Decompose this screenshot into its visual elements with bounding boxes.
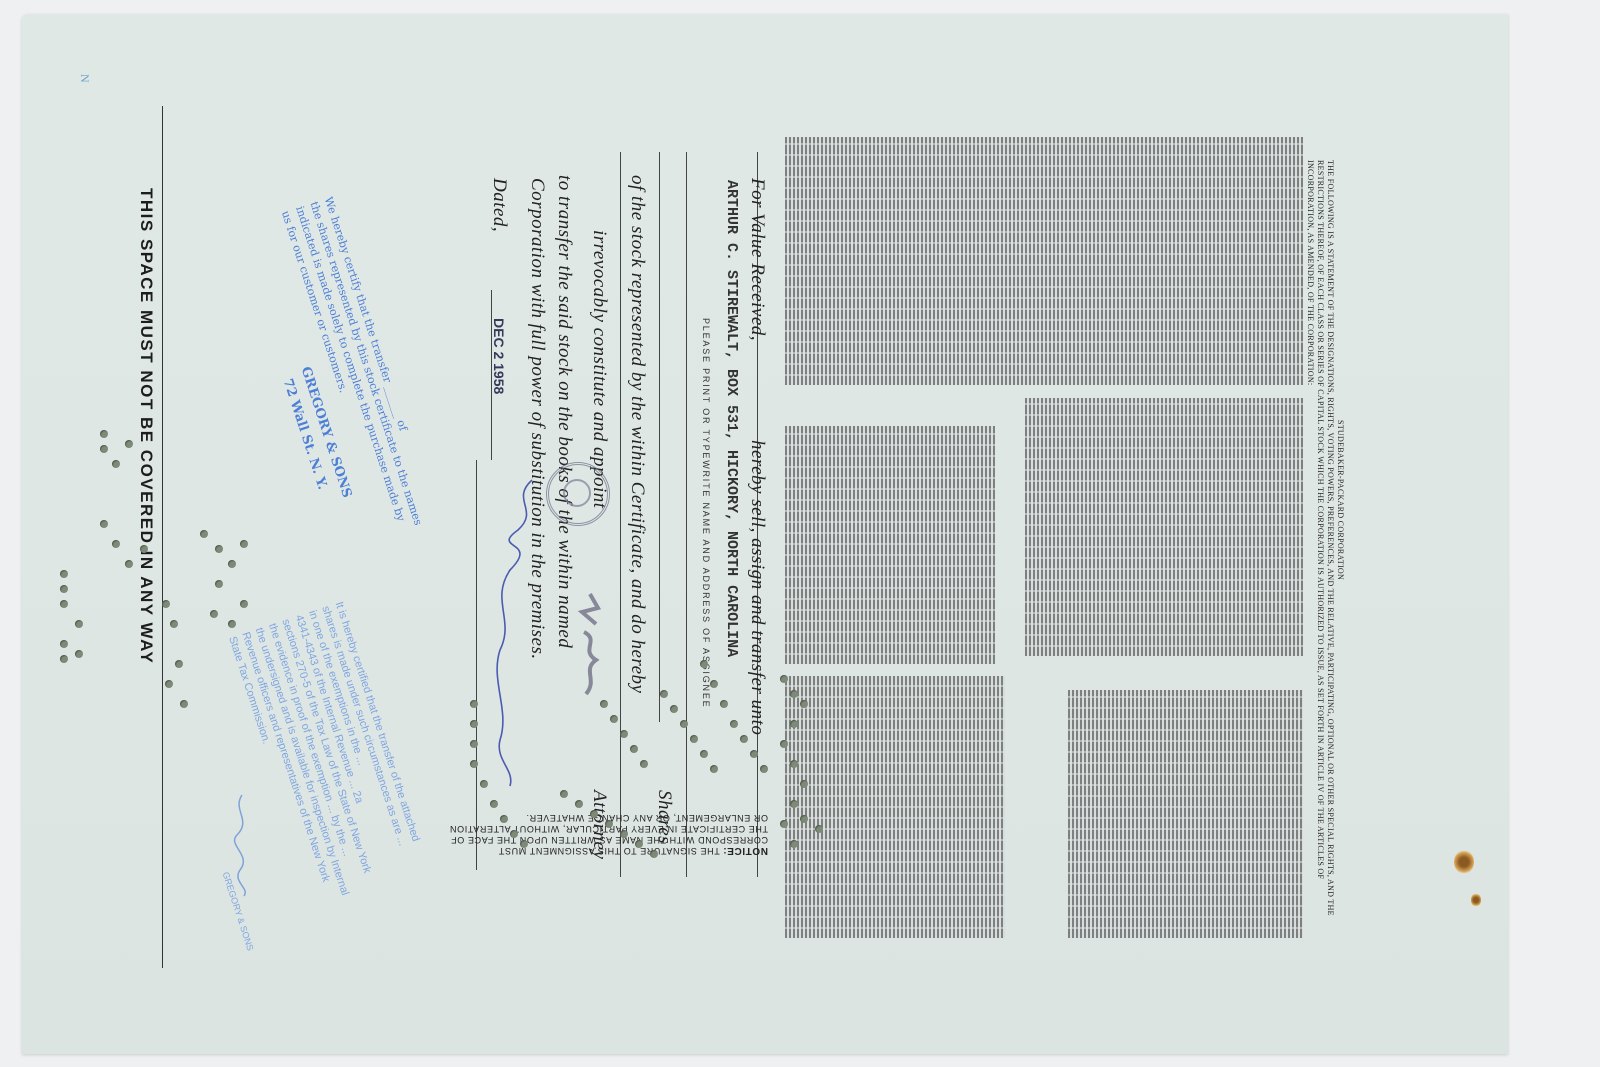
perforation-hole [800, 780, 808, 788]
guarantor-signature [570, 590, 610, 700]
heading-line: INCORPORATION, AS AMENDED, OF THE CORPOR… [1305, 160, 1315, 916]
margin-rule [162, 106, 163, 968]
perforation-hole [740, 735, 748, 743]
perforation-hole [700, 750, 708, 758]
perforation-hole [790, 840, 798, 848]
perforation-hole [780, 820, 788, 828]
perforation-hole [790, 760, 798, 768]
perforation-hole [800, 700, 808, 708]
perforation-hole [620, 730, 628, 738]
perforation-hole [780, 740, 788, 748]
statement-text-block [785, 426, 995, 664]
perforation-hole [790, 690, 798, 698]
perforation-hole [60, 600, 68, 608]
perforation-hole [228, 620, 236, 628]
heading-line: RESTRICTIONS THEREOF, OF EACH CLASS OR S… [1315, 160, 1325, 916]
statement-heading: STUDEBAKER-PACKARD CORPORATION THE FOLLO… [1305, 160, 1345, 916]
form-line [659, 152, 660, 722]
perforation-hole [790, 720, 798, 728]
stock-represented-line: of the stock represented by the within C… [626, 175, 648, 693]
perforation-hole [470, 760, 478, 768]
perforation-hole [510, 830, 518, 838]
date-stamp: DEC 2 1958 [491, 318, 507, 394]
signature-notice: NOTICE: THE SIGNATURE TO THIS ASSIGNMENT… [449, 812, 768, 856]
perforation-hole [112, 460, 120, 468]
perforation-hole [640, 760, 648, 768]
notice-label: NOTICE: [723, 845, 768, 856]
assignor-signature [470, 470, 550, 790]
perforation-hole [710, 680, 718, 688]
form-line [620, 152, 621, 877]
assignee-name-address[interactable]: ARTHUR C. STIREWALT, BOX 531, HICKORY, N… [723, 180, 740, 657]
perforation-hole [240, 540, 248, 548]
perforation-hole [680, 720, 688, 728]
perforation-hole [75, 650, 83, 658]
perforation-hole [200, 530, 208, 538]
perforation-hole [815, 825, 823, 833]
perforation-hole [240, 600, 248, 608]
corner-mark: N [77, 74, 92, 83]
notice-text: THE SIGNATURE TO THIS ASSIGNMENT MUST [498, 846, 719, 856]
perforation-hole [170, 620, 178, 628]
perforation-hole [760, 765, 768, 773]
perforation-hole [175, 660, 183, 668]
statement-text-block [785, 676, 1005, 938]
perforation-hole [470, 740, 478, 748]
perforation-hole [100, 520, 108, 528]
perforation-hole [100, 445, 108, 453]
perforation-hole [215, 580, 223, 588]
perforation-hole [630, 745, 638, 753]
guarantee-seal [546, 462, 610, 526]
perforation-hole [660, 690, 668, 698]
perforation-hole [750, 750, 758, 758]
perforation-hole [670, 705, 678, 713]
statement-text-block [1025, 398, 1303, 656]
perforation-hole [112, 540, 120, 548]
perforation-hole [125, 560, 133, 568]
form-line [686, 152, 687, 877]
perforation-hole [162, 600, 170, 608]
perforation-hole [720, 700, 728, 708]
perforation-hole [780, 675, 788, 683]
perforation-hole [228, 560, 236, 568]
perforation-hole [650, 850, 658, 858]
perforation-hole [590, 810, 598, 818]
perforation-hole [60, 570, 68, 578]
statement-text-block [1068, 690, 1303, 938]
dated-label: Dated, [488, 178, 510, 232]
perforation-hole [490, 800, 498, 808]
rust-stain [1454, 850, 1474, 874]
assignee-caption: PLEASE PRINT OR TYPEWRITE NAME AND ADDRE… [701, 318, 711, 708]
perforation-hole [470, 700, 478, 708]
perforation-hole [730, 720, 738, 728]
broker-signature [222, 790, 262, 900]
perforation-hole [620, 830, 628, 838]
perforation-hole [100, 430, 108, 438]
perforation-hole [600, 700, 608, 708]
perforation-hole [470, 720, 478, 728]
perforation-hole [125, 440, 133, 448]
perforation-hole [60, 655, 68, 663]
perforation-hole [480, 780, 488, 788]
perforation-hole [180, 700, 188, 708]
perforation-hole [215, 545, 223, 553]
perforation-hole [690, 735, 698, 743]
perforation-hole [500, 815, 508, 823]
heading-line: THE FOLLOWING IS A STATEMENT OF THE DESI… [1325, 160, 1335, 916]
perforation-hole [635, 840, 643, 848]
statement-text-block [785, 137, 1303, 385]
for-value-received: For Value Received, [746, 178, 768, 341]
do-not-cover-warning: THIS SPACE MUST NOT BE COVERED IN ANY WA… [136, 188, 156, 664]
perforation-hole [800, 815, 808, 823]
perforation-hole [790, 800, 798, 808]
perforation-hole [75, 620, 83, 628]
perforation-hole [575, 800, 583, 808]
hereby-sell-text: hereby sell, assign and transfer unto [746, 440, 768, 735]
transfer-line: to transfer the said stock on the books … [553, 175, 575, 648]
perforation-hole [140, 545, 148, 553]
rust-stain [1471, 893, 1481, 907]
perforation-hole [610, 715, 618, 723]
perforation-hole [710, 765, 718, 773]
perforation-hole [165, 680, 173, 688]
perforation-hole [520, 840, 528, 848]
perforation-hole [60, 640, 68, 648]
perforation-hole [60, 585, 68, 593]
perforation-hole [210, 610, 218, 618]
perforation-hole [700, 660, 708, 668]
notice-text: CORRESPOND WITH THE NAME AS WRITTEN UPON… [449, 834, 768, 845]
perforation-hole [605, 820, 613, 828]
perforation-hole [560, 790, 568, 798]
corporation-name: STUDEBAKER-PACKARD CORPORATION [1335, 420, 1345, 916]
